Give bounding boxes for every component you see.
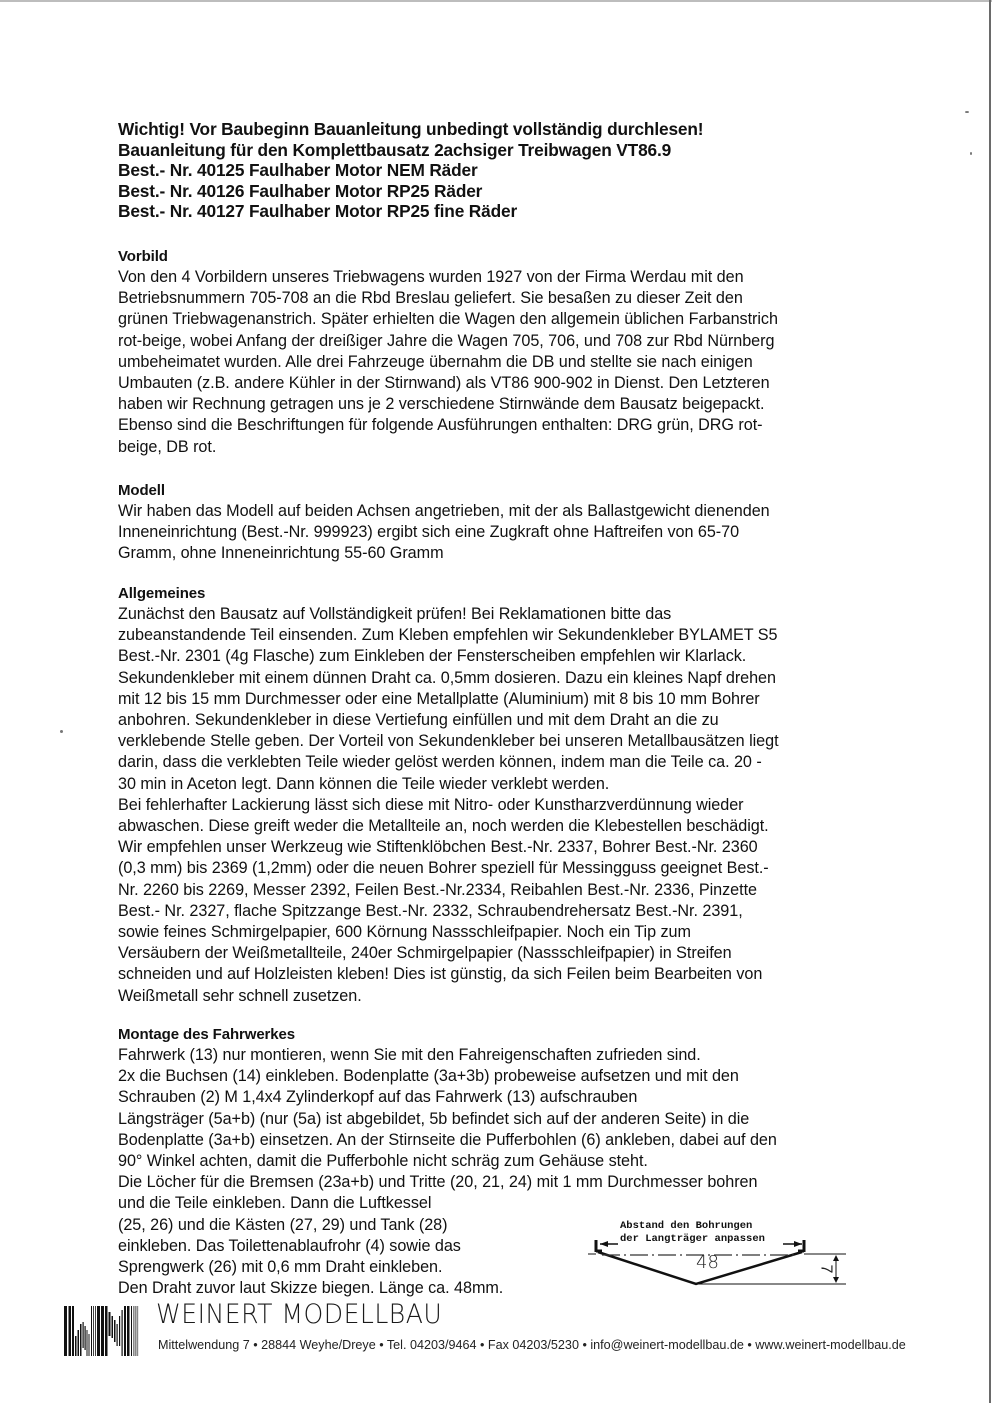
warning-heading: Wichtig! Vor Baubeginn Bauanleitung unbe… [118, 119, 878, 140]
text-line: anbohren. Sekundenkleber in diese Vertie… [118, 710, 888, 731]
text-line: Zunächst den Bausatz auf Vollständigkeit… [118, 604, 888, 625]
brand-name: WEINERT MODELLBAU [156, 1300, 442, 1330]
text-line: Fahrwerk (13) nur montieren, wenn Sie mi… [118, 1045, 888, 1066]
text-line: 30 min in Aceton legt. Dann können die T… [118, 774, 888, 795]
order-number-40126: Best.- Nr. 40126 Faulhaber Motor RP25 Rä… [118, 181, 878, 202]
text-line: beige, DB rot. [118, 437, 888, 458]
scan-top-edge [0, 0, 992, 2]
section-body: Wir haben das Modell auf beiden Achsen a… [118, 501, 888, 565]
text-line: Nr. 2260 bis 2269, Messer 2392, Feilen B… [118, 880, 888, 901]
text-line: Von den 4 Vorbildern unseres Triebwagens… [118, 267, 888, 288]
sketch-height-dimension: 7 [816, 1265, 834, 1274]
text-line: Bodenplatte (3a+b) einsetzen. An der Sti… [118, 1130, 888, 1151]
sketch-length-dimension: 48 [696, 1252, 719, 1273]
sketch-label-line: der Langträger anpassen [620, 1233, 765, 1246]
text-line: (0,3 mm) bis 2369 (1,2mm) oder die neuen… [118, 858, 888, 879]
section-title: Allgemeines [118, 583, 888, 604]
text-line: und die Teile einkleben. Dann die Luftke… [118, 1193, 888, 1214]
text-line: Betriebsnummern 705-708 an die Rbd Bresl… [118, 288, 888, 309]
section-title: Montage des Fahrwerkes [118, 1024, 888, 1045]
text-line: 2x die Buchsen (14) einkleben. Bodenplat… [118, 1066, 888, 1087]
text-line: haben wir Rechnung getragen uns je 2 ver… [118, 394, 888, 415]
text-line: Versäubern der Weißmetallteile, 240er Sc… [118, 943, 888, 964]
order-number-40127: Best.- Nr. 40127 Faulhaber Motor RP25 fi… [118, 201, 878, 222]
kit-title: Bauanleitung für den Komplettbausatz 2ac… [118, 140, 878, 161]
section-modell: Modell Wir haben das Modell auf beiden A… [118, 480, 888, 565]
text-line: Bei fehlerhafter Lackierung lässt sich d… [118, 795, 888, 816]
text-line: sowie feines Schmirgelpapier, 600 Körnun… [118, 922, 888, 943]
section-allgemeines: Allgemeines Zunächst den Bausatz auf Vol… [118, 583, 888, 1007]
text-line: 90° Winkel achten, damit die Pufferbohle… [118, 1151, 888, 1172]
text-line: grünen Triebwagenanstrich. Später erhiel… [118, 309, 888, 330]
text-line: rot-beige, wobei Anfang der dreißiger Ja… [118, 331, 888, 352]
section-body: Zunächst den Bausatz auf Vollständigkeit… [118, 604, 888, 1007]
document-header: Wichtig! Vor Baubeginn Bauanleitung unbe… [118, 119, 878, 222]
company-address: Mittelwendung 7 • 28844 Weyhe/Dreye • Te… [158, 1338, 906, 1352]
text-line: Gramm, ohne Inneneinrichtung 55-60 Gramm [118, 543, 888, 564]
text-line: Sekundenkleber mit einem dünnen Draht ca… [118, 668, 888, 689]
weinert-logo [64, 1306, 152, 1356]
text-line: zubeanstandende Teil einsenden. Zum Kleb… [118, 625, 888, 646]
section-title: Modell [118, 480, 888, 501]
text-line: Best.-Nr. 2301 (4g Flasche) zum Einklebe… [118, 646, 888, 667]
scan-right-edge [989, 0, 991, 1403]
section-vorbild: Vorbild Von den 4 Vorbildern unseres Tri… [118, 246, 888, 458]
text-line: Wir haben das Modell auf beiden Achsen a… [118, 501, 888, 522]
text-line: umbeheimatet wurden. Alle drei Fahrzeuge… [118, 352, 888, 373]
text-line: abwaschen. Diese greift weder die Metall… [118, 816, 888, 837]
text-line: Best.- Nr. 2327, flache Spitzzange Best.… [118, 901, 888, 922]
scan-speck [965, 111, 969, 113]
wire-bending-sketch: Abstand den Bohrungen der Langträger anp… [588, 1214, 848, 1294]
text-line: mit 12 bis 15 mm Durchmesser oder eine M… [118, 689, 888, 710]
scan-speck [60, 730, 63, 733]
text-line: Ebenso sind die Beschriftungen für folge… [118, 415, 888, 436]
text-line: Weißmetall sehr schnell zusetzen. [118, 986, 888, 1007]
wm-barcode-logo-icon [64, 1306, 152, 1356]
scan-speck [970, 152, 972, 155]
text-line: Schrauben (2) M 1,4x4 Zylinderkopf auf d… [118, 1087, 888, 1108]
text-line: Inneneinrichtung (Best.-Nr. 999923) ergi… [118, 522, 888, 543]
text-line: schneiden und auf Holzleisten kleben! Di… [118, 964, 888, 985]
text-line: Wir empfehlen unser Werkzeug wie Stiften… [118, 837, 888, 858]
order-number-40125: Best.- Nr. 40125 Faulhaber Motor NEM Räd… [118, 160, 878, 181]
text-line: Umbauten (z.B. andere Kühler in der Stir… [118, 373, 888, 394]
text-line: darin, dass die verklebten Teile wieder … [118, 752, 888, 773]
text-line: verklebende Stelle geben. Der Vorteil vo… [118, 731, 888, 752]
text-line: Die Löcher für die Bremsen (23a+b) und T… [118, 1172, 888, 1193]
sketch-label-line: Abstand den Bohrungen [620, 1220, 765, 1233]
text-line: Längsträger (5a+b) (nur (5a) ist abgebil… [118, 1109, 888, 1130]
sketch-annotation: Abstand den Bohrungen der Langträger anp… [620, 1220, 765, 1246]
section-title: Vorbild [118, 246, 888, 267]
section-body: Von den 4 Vorbildern unseres Triebwagens… [118, 267, 888, 458]
